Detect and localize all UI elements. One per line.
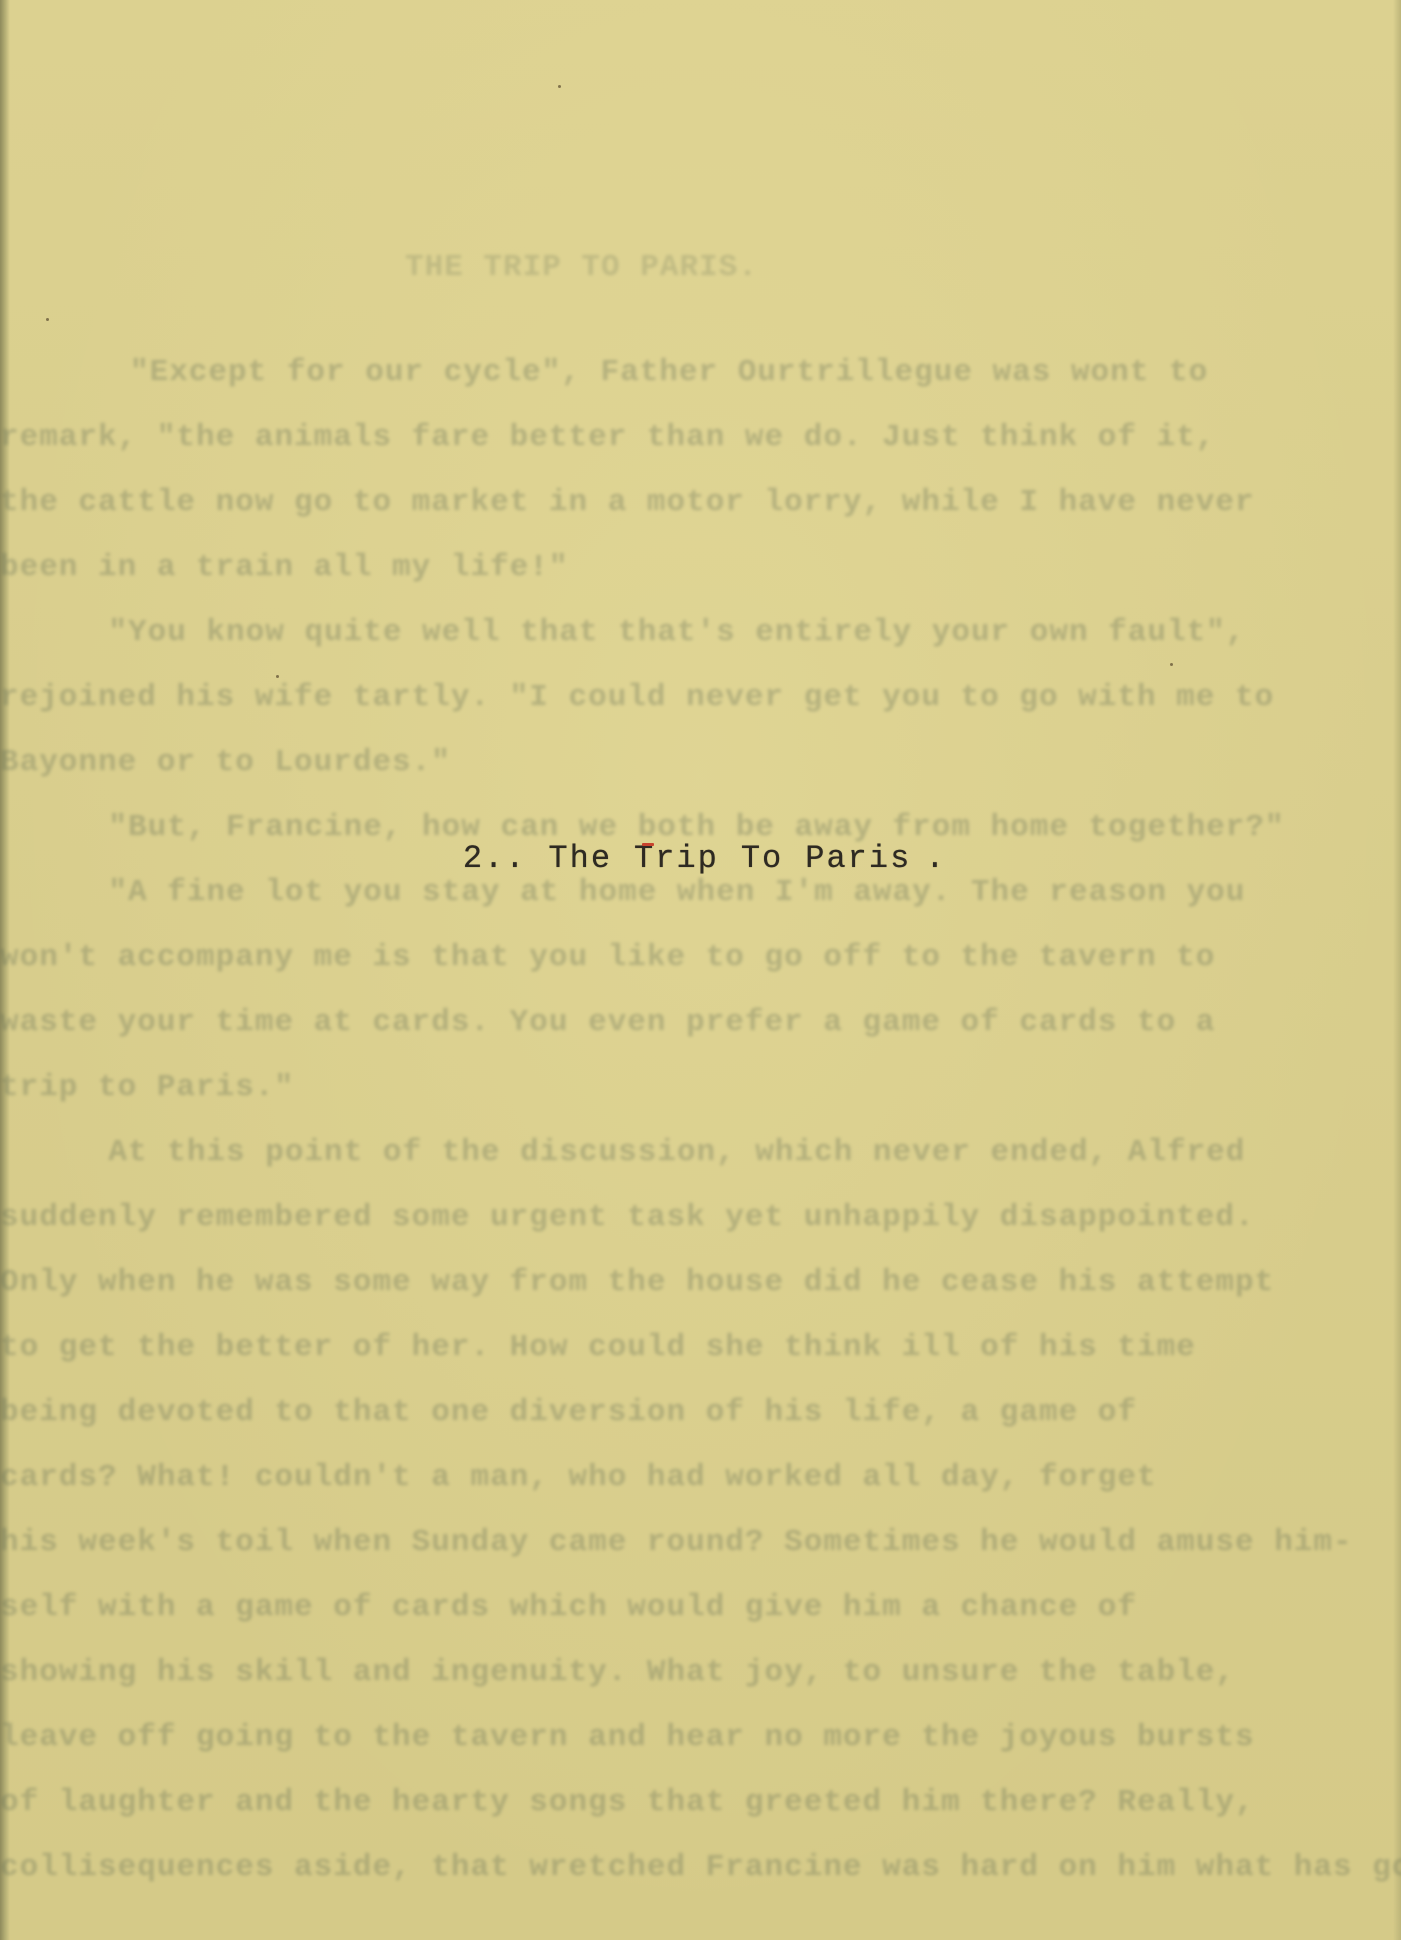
bleed-line: "Except for our cycle", Father Ourtrille… [130,355,1208,390]
bleed-line: self with a game of cards which would gi… [0,1590,1137,1625]
bleed-line: the cattle now go to market in a motor l… [0,485,1255,520]
bleed-through-title: THE TRIP TO PARIS. [405,250,758,285]
bleed-line: won't accompany me is that you like to g… [0,940,1215,975]
bleed-line: Only when he was some way from the house… [0,1265,1274,1300]
bleed-line: collisequences aside, that wretched Fran… [0,1850,1401,1885]
bleed-line: remark, "the animals fare better than we… [0,420,1215,455]
bleed-line: rejoined his wife tartly. "I could never… [0,680,1274,715]
heading-word: Paris [805,840,911,877]
bleed-line: leave off going to the tavern and hear n… [0,1720,1255,1755]
heading-word: To [741,840,783,877]
bleed-line: waste your time at cards. You even prefe… [0,1005,1215,1040]
paper-speck [1170,663,1173,666]
bleed-line: being devoted to that one diversion of h… [0,1395,1137,1430]
bleed-line: of laughter and the hearty songs that gr… [0,1785,1255,1820]
bleed-line: suddenly remembered some urgent task yet… [0,1200,1255,1235]
bleed-line: Bayonne or to Lourdes." [0,745,451,780]
paper-speck [46,318,49,321]
bleed-through-text: THE TRIP TO PARIS. "Except for our cycle… [0,0,1401,1940]
page-heading: 2..TheTripToParis. [378,803,968,914]
bleed-line: to get the better of her. How could she … [0,1330,1196,1365]
heading-period: . [925,840,946,877]
heading-number: 2.. [463,840,527,877]
bleed-line: showing his skill and ingenuity. What jo… [0,1655,1235,1690]
bleed-line: "You know quite well that that's entirel… [30,615,1245,650]
red-underline-mark [642,843,654,846]
bleed-line: been in a train all my life!" [0,550,569,585]
bleed-line: At this point of the discussion, which n… [30,1135,1245,1170]
bleed-line: his week's toil when Sunday came round? … [0,1525,1353,1560]
paper-speck [276,675,279,678]
bleed-line: trip to Paris." [0,1070,294,1105]
paper-speck [558,85,561,88]
scanned-page: THE TRIP TO PARIS. "Except for our cycle… [0,0,1401,1940]
bleed-line: cards? What! couldn't a man, who had wor… [0,1460,1157,1495]
heading-word: The [548,840,612,877]
